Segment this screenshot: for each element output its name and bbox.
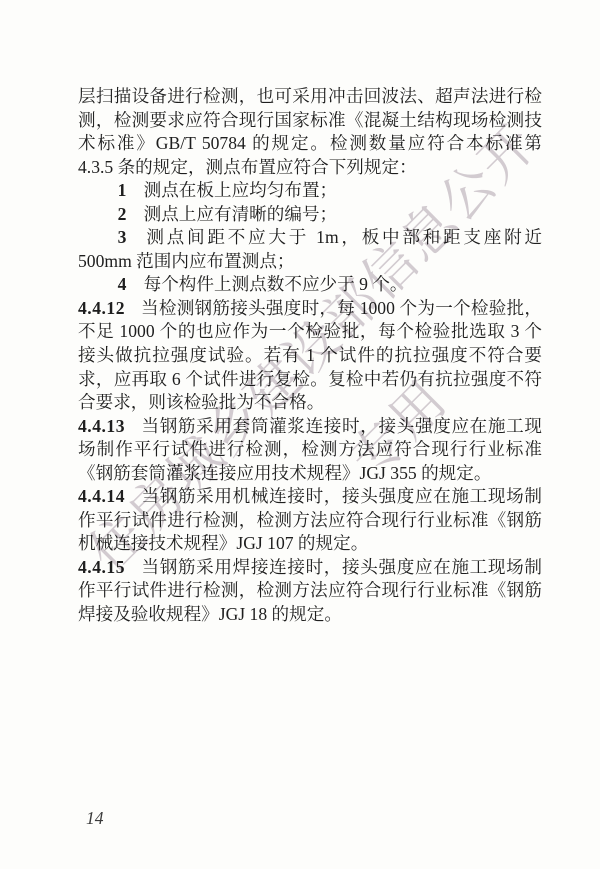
list-item-number: 2 — [118, 204, 144, 224]
list-item: 2测点上应有清晰的编号； — [78, 203, 542, 227]
clause-paragraph: 4.4.15当钢筋采用焊接连接时，接头强度应在施工现场制作平行试件进行检测，检测… — [78, 556, 542, 627]
clause-text: 当钢筋采用机械连接时，接头强度应在施工现场制作平行试件进行检测，检测方法应符合现… — [78, 486, 542, 553]
list-item-text: 测点上应有清晰的编号； — [144, 204, 338, 224]
list-item: 3测点间距不应大于 1m，板中部和距支座附近 500mm 范围内应布置测点； — [78, 226, 542, 273]
list-item-text: 测点在板上应均匀布置； — [144, 180, 338, 200]
clause-paragraph: 4.4.12当检测钢筋接头强度时，每 1000 个为一个检验批，不足 1000 … — [78, 297, 542, 415]
clause-paragraph: 4.4.14当钢筋采用机械连接时，接头强度应在施工现场制作平行试件进行检测，检测… — [78, 485, 542, 556]
clause-number: 4.4.14 — [78, 486, 141, 506]
page-number: 14 — [86, 808, 104, 829]
clause-number: 4.4.15 — [78, 557, 141, 577]
list-item: 1测点在板上应均匀布置； — [78, 179, 542, 203]
list-item-number: 3 — [118, 227, 144, 247]
clause-number: 4.4.13 — [78, 416, 141, 436]
document-page: 住房城乡建设部信息公开 专用 层扫描设备进行检测，也可采用冲击回波法、超声法进行… — [0, 0, 600, 869]
clause-text: 当钢筋采用焊接连接时，接头强度应在施工现场制作平行试件进行检测，检测方法应符合现… — [78, 557, 542, 624]
list-item: 4每个构件上测点数不应少于 9 个。 — [78, 273, 542, 297]
list-item-text: 每个构件上测点数不应少于 9 个。 — [144, 274, 408, 294]
clause-text: 当检测钢筋接头强度时，每 1000 个为一个检验批，不足 1000 个的也应作为… — [78, 298, 542, 412]
list-item-number: 4 — [118, 274, 144, 294]
clause-text: 当钢筋采用套筒灌浆连接时，接头强度应在施工现场制作平行试件进行检测，检测方法应符… — [78, 416, 542, 483]
list-item-text: 测点间距不应大于 1m，板中部和距支座附近 500mm 范围内应布置测点； — [78, 227, 542, 271]
clause-paragraph: 4.4.13当钢筋采用套筒灌浆连接时，接头强度应在施工现场制作平行试件进行检测，… — [78, 415, 542, 486]
page-body-text: 层扫描设备进行检测，也可采用冲击回波法、超声法进行检测，检测要求应符合现行国家标… — [78, 85, 542, 627]
clause-number: 4.4.12 — [78, 298, 141, 318]
paragraph-intro: 层扫描设备进行检测，也可采用冲击回波法、超声法进行检测，检测要求应符合现行国家标… — [78, 85, 542, 179]
list-item-number: 1 — [118, 180, 144, 200]
